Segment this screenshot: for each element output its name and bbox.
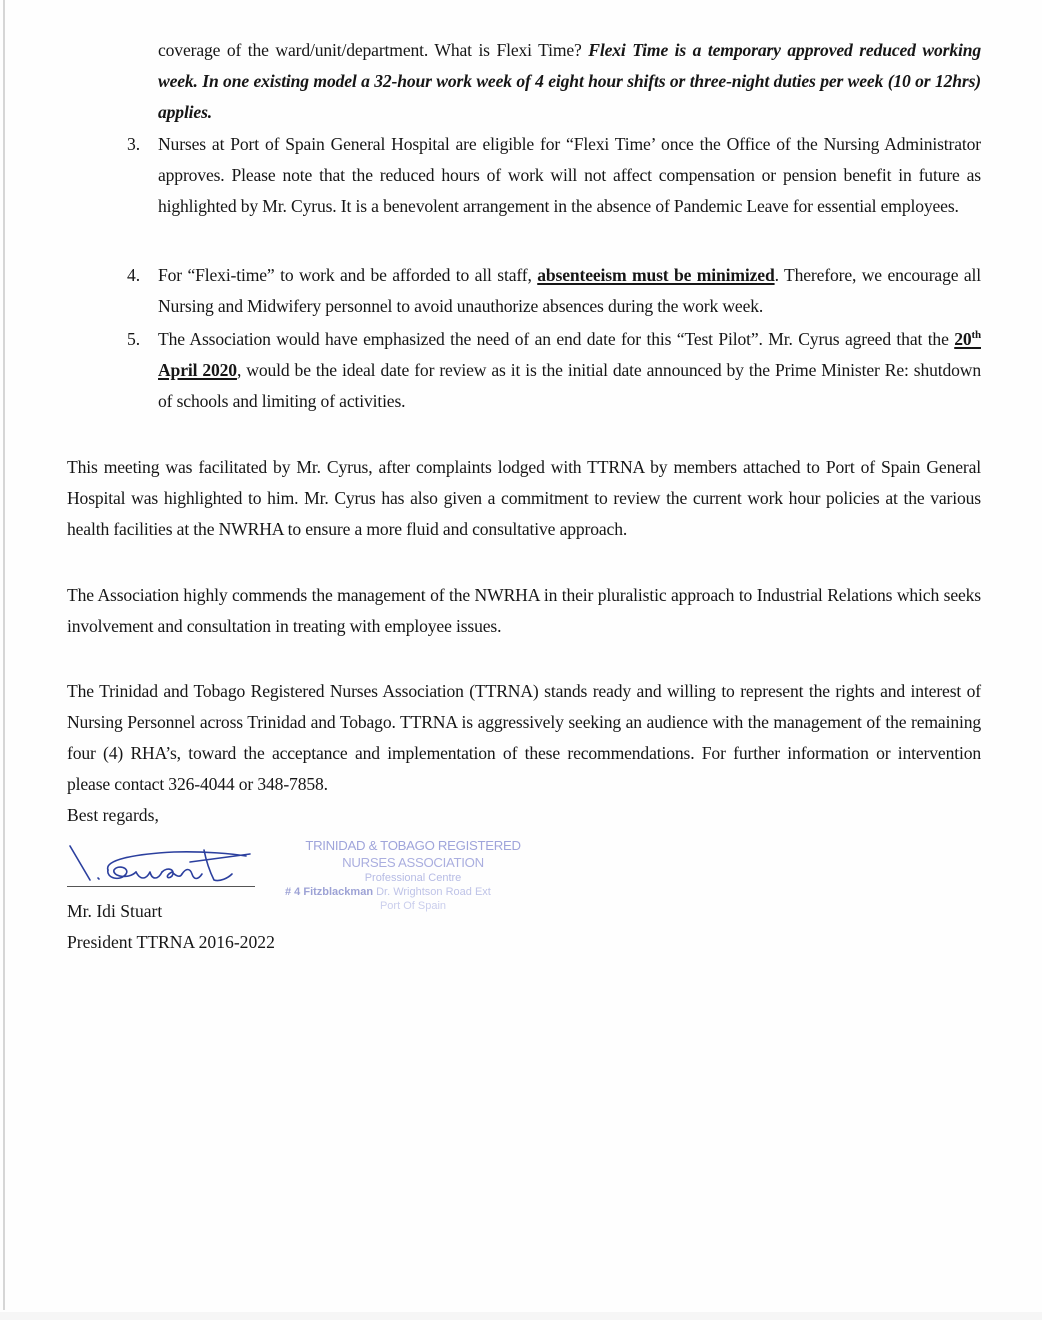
document-page: coverage of the ward/unit/department. Wh… [0,0,1042,1320]
closing-salutation: Best regards, [67,800,159,831]
list-item-text-after: , would be the ideal date for review as … [158,360,981,411]
list-item-text-before: For “Flexi-time” to work and be afforded… [158,265,537,285]
list-item-number: 3. [127,129,140,160]
review-date-suffix: th [972,329,981,341]
stamp-line: Port Of Spain [283,899,543,913]
page-bottom-edge [0,1312,1042,1320]
stamp-address-number: # 4 Fitzblackman [285,886,373,898]
signature-icon [64,840,260,892]
list-item-number: 4. [127,260,140,291]
signer-name: Mr. Idi Stuart [67,896,162,927]
stamp-line: Professional Centre [283,871,543,885]
signer-title: President TTRNA 2016-2022 [67,927,275,958]
list-item-text: The Association would have emphasized th… [158,324,981,417]
list-item-text: For “Flexi-time” to work and be afforded… [158,260,981,322]
stamp-line: TRINIDAD & TOBAGO REGISTERED [283,837,543,854]
page-left-edge [3,0,5,1310]
list-item-text-before: The Association would have emphasized th… [158,329,954,349]
association-stamp: TRINIDAD & TOBAGO REGISTERED NURSES ASSO… [283,837,543,913]
stamp-address: # 4 Fitzblackman Dr. Wrightson Road Ext [283,885,543,899]
continued-list-text: coverage of the ward/unit/department. Wh… [158,35,981,128]
signature-line [67,886,255,887]
paragraph-commendation: The Association highly commends the mana… [67,580,981,642]
continued-plain-text: coverage of the ward/unit/department. Wh… [158,40,588,60]
list-item-text: Nurses at Port of Spain General Hospital… [158,129,981,222]
review-date-rest: April 2020 [158,360,237,380]
absenteeism-emphasis: absenteeism must be minimized [537,265,774,285]
paragraph-meeting: This meeting was facilitated by Mr. Cyru… [67,452,981,545]
paragraph-ttrna-statement: The Trinidad and Tobago Registered Nurse… [67,676,981,800]
stamp-line: NURSES ASSOCIATION [283,854,543,871]
list-item-number: 5. [127,324,140,355]
review-date-day: 20 [954,329,971,349]
stamp-address-street: Dr. Wrightson Road Ext [373,886,491,898]
